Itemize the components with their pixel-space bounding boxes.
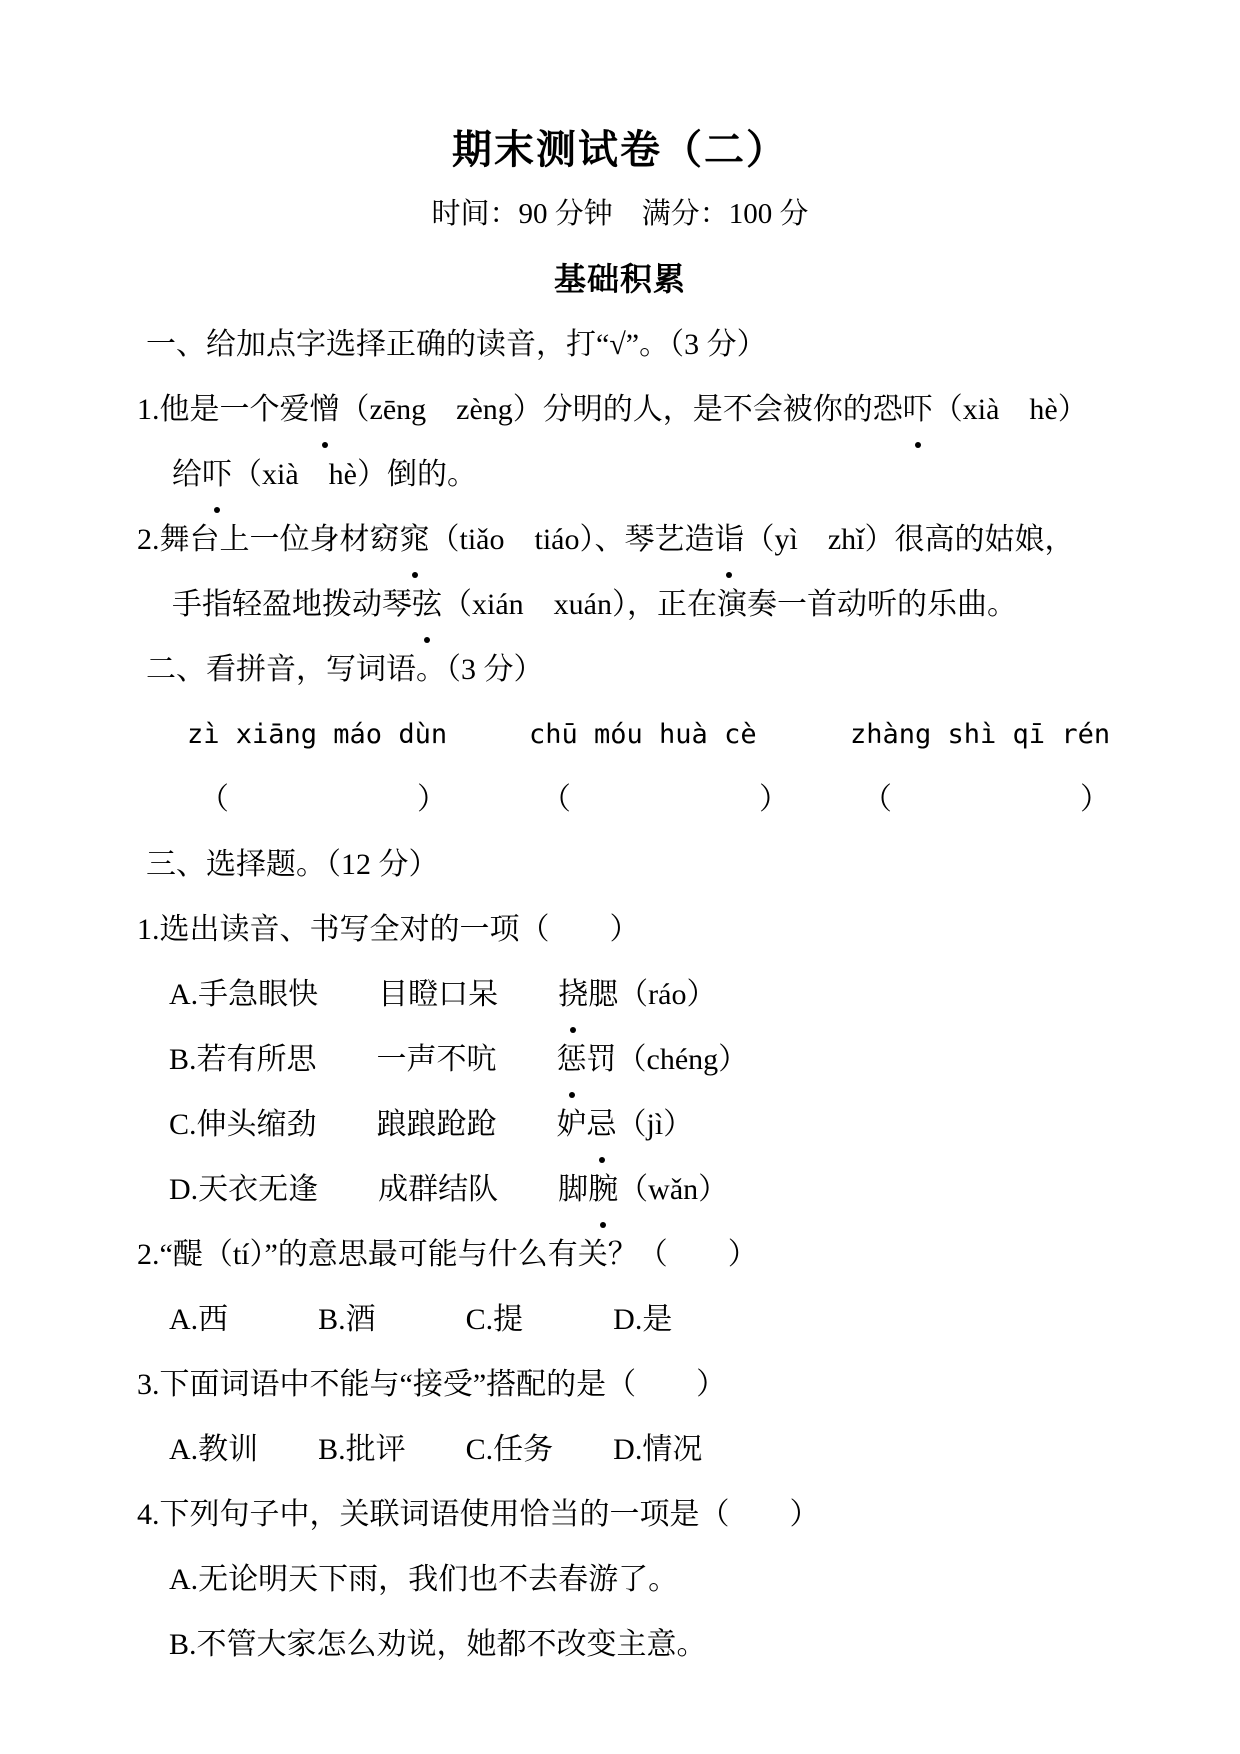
- pinyin-group-3: zhàng shì qī rén: [850, 702, 1240, 767]
- dotted-char: 腕: [588, 1157, 618, 1222]
- dotted-char: 诣: [714, 507, 744, 572]
- answer-blank-3: （）: [862, 767, 1110, 832]
- q3-2-stem: 2.“醍（tí）”的意思最可能与什么有关？（ ）: [0, 1222, 1240, 1287]
- q1-item2-line1: 2.舞台上一位身材窈窕（tiǎo tiáo）、琴艺造诣（yì zhǐ）很高的姑娘…: [0, 507, 1240, 572]
- dotted-char: 弦: [412, 572, 442, 637]
- dotted-char: 惩: [557, 1027, 587, 1092]
- q3-3-options: A.教训 B.批评 C.任务 D.情况: [0, 1417, 1240, 1482]
- exam-paper: 期末测试卷（二）时间：90 分钟 满分：100 分基础积累一、给加点字选择正确的…: [0, 0, 1240, 1754]
- pinyin-group-1: zì xiāng máo dùn: [187, 702, 529, 767]
- q1-item1-line1: 1.他是一个爱憎（zēng zèng）分明的人，是不会被你的恐吓（xià hè）: [0, 377, 1240, 442]
- q3-1-option-c: C.伸头缩劲 踉踉跄跄 妒忌（jì）: [0, 1092, 1240, 1157]
- dotted-char: 吓: [903, 377, 933, 442]
- q3-1-option-d: D.天衣无逢 成群结队 脚腕（wǎn）: [0, 1157, 1240, 1222]
- q3-head: 三、选择题。（12 分）: [0, 832, 1240, 897]
- q3-4-stem: 4.下列句子中，关联词语使用恰当的一项是（ ）: [0, 1482, 1240, 1547]
- q1-item1-line2: 给吓（xià hè）倒的。: [0, 442, 1240, 507]
- q3-2-options: A.西 B.酒 C.提 D.是: [0, 1287, 1240, 1352]
- q2-answer-blanks: （）（）（）: [0, 767, 1240, 832]
- dotted-char: 憎: [310, 377, 340, 442]
- paper-meta: 时间：90 分钟 满分：100 分: [0, 182, 1240, 247]
- q1-item2-line2: 手指轻盈地拨动琴弦（xián xuán），正在演奏一首动听的乐曲。: [0, 572, 1240, 637]
- dotted-char: 窕: [400, 507, 430, 572]
- dotted-char: 忌: [587, 1092, 617, 1157]
- q3-4-option-b: B.不管大家怎么劝说，她都不改变主意。: [0, 1612, 1240, 1677]
- q1-head: 一、给加点字选择正确的读音，打“√”。（3 分）: [0, 312, 1240, 377]
- section-title: 基础积累: [0, 247, 1240, 312]
- q3-1-option-b: B.若有所思 一声不吭 惩罚（chéng）: [0, 1027, 1240, 1092]
- answer-blank-2: （）: [541, 767, 789, 832]
- q3-1-stem: 1.选出读音、书写全对的一项（ ）: [0, 897, 1240, 962]
- q3-3-stem: 3.下面词语中不能与“接受”搭配的是（ ）: [0, 1352, 1240, 1417]
- answer-blank-1: （）: [199, 767, 447, 832]
- exam-body: 期末测试卷（二）时间：90 分钟 满分：100 分基础积累一、给加点字选择正确的…: [0, 0, 1240, 1677]
- paper-title: 期末测试卷（二）: [0, 117, 1240, 182]
- dotted-char: 挠: [558, 962, 588, 1027]
- q3-4-option-a: A.无论明天下雨，我们也不去春游了。: [0, 1547, 1240, 1612]
- dotted-char: 吓: [202, 442, 232, 507]
- q2-pinyin-row: zì xiāng máo dùnchū móu huà cèzhàng shì …: [0, 702, 1240, 767]
- q3-1-option-a: A.手急眼快 目瞪口呆 挠腮（ráo）: [0, 962, 1240, 1027]
- pinyin-group-2: chū móu huà cè: [529, 702, 850, 767]
- q2-head: 二、看拼音，写词语。（3 分）: [0, 637, 1240, 702]
